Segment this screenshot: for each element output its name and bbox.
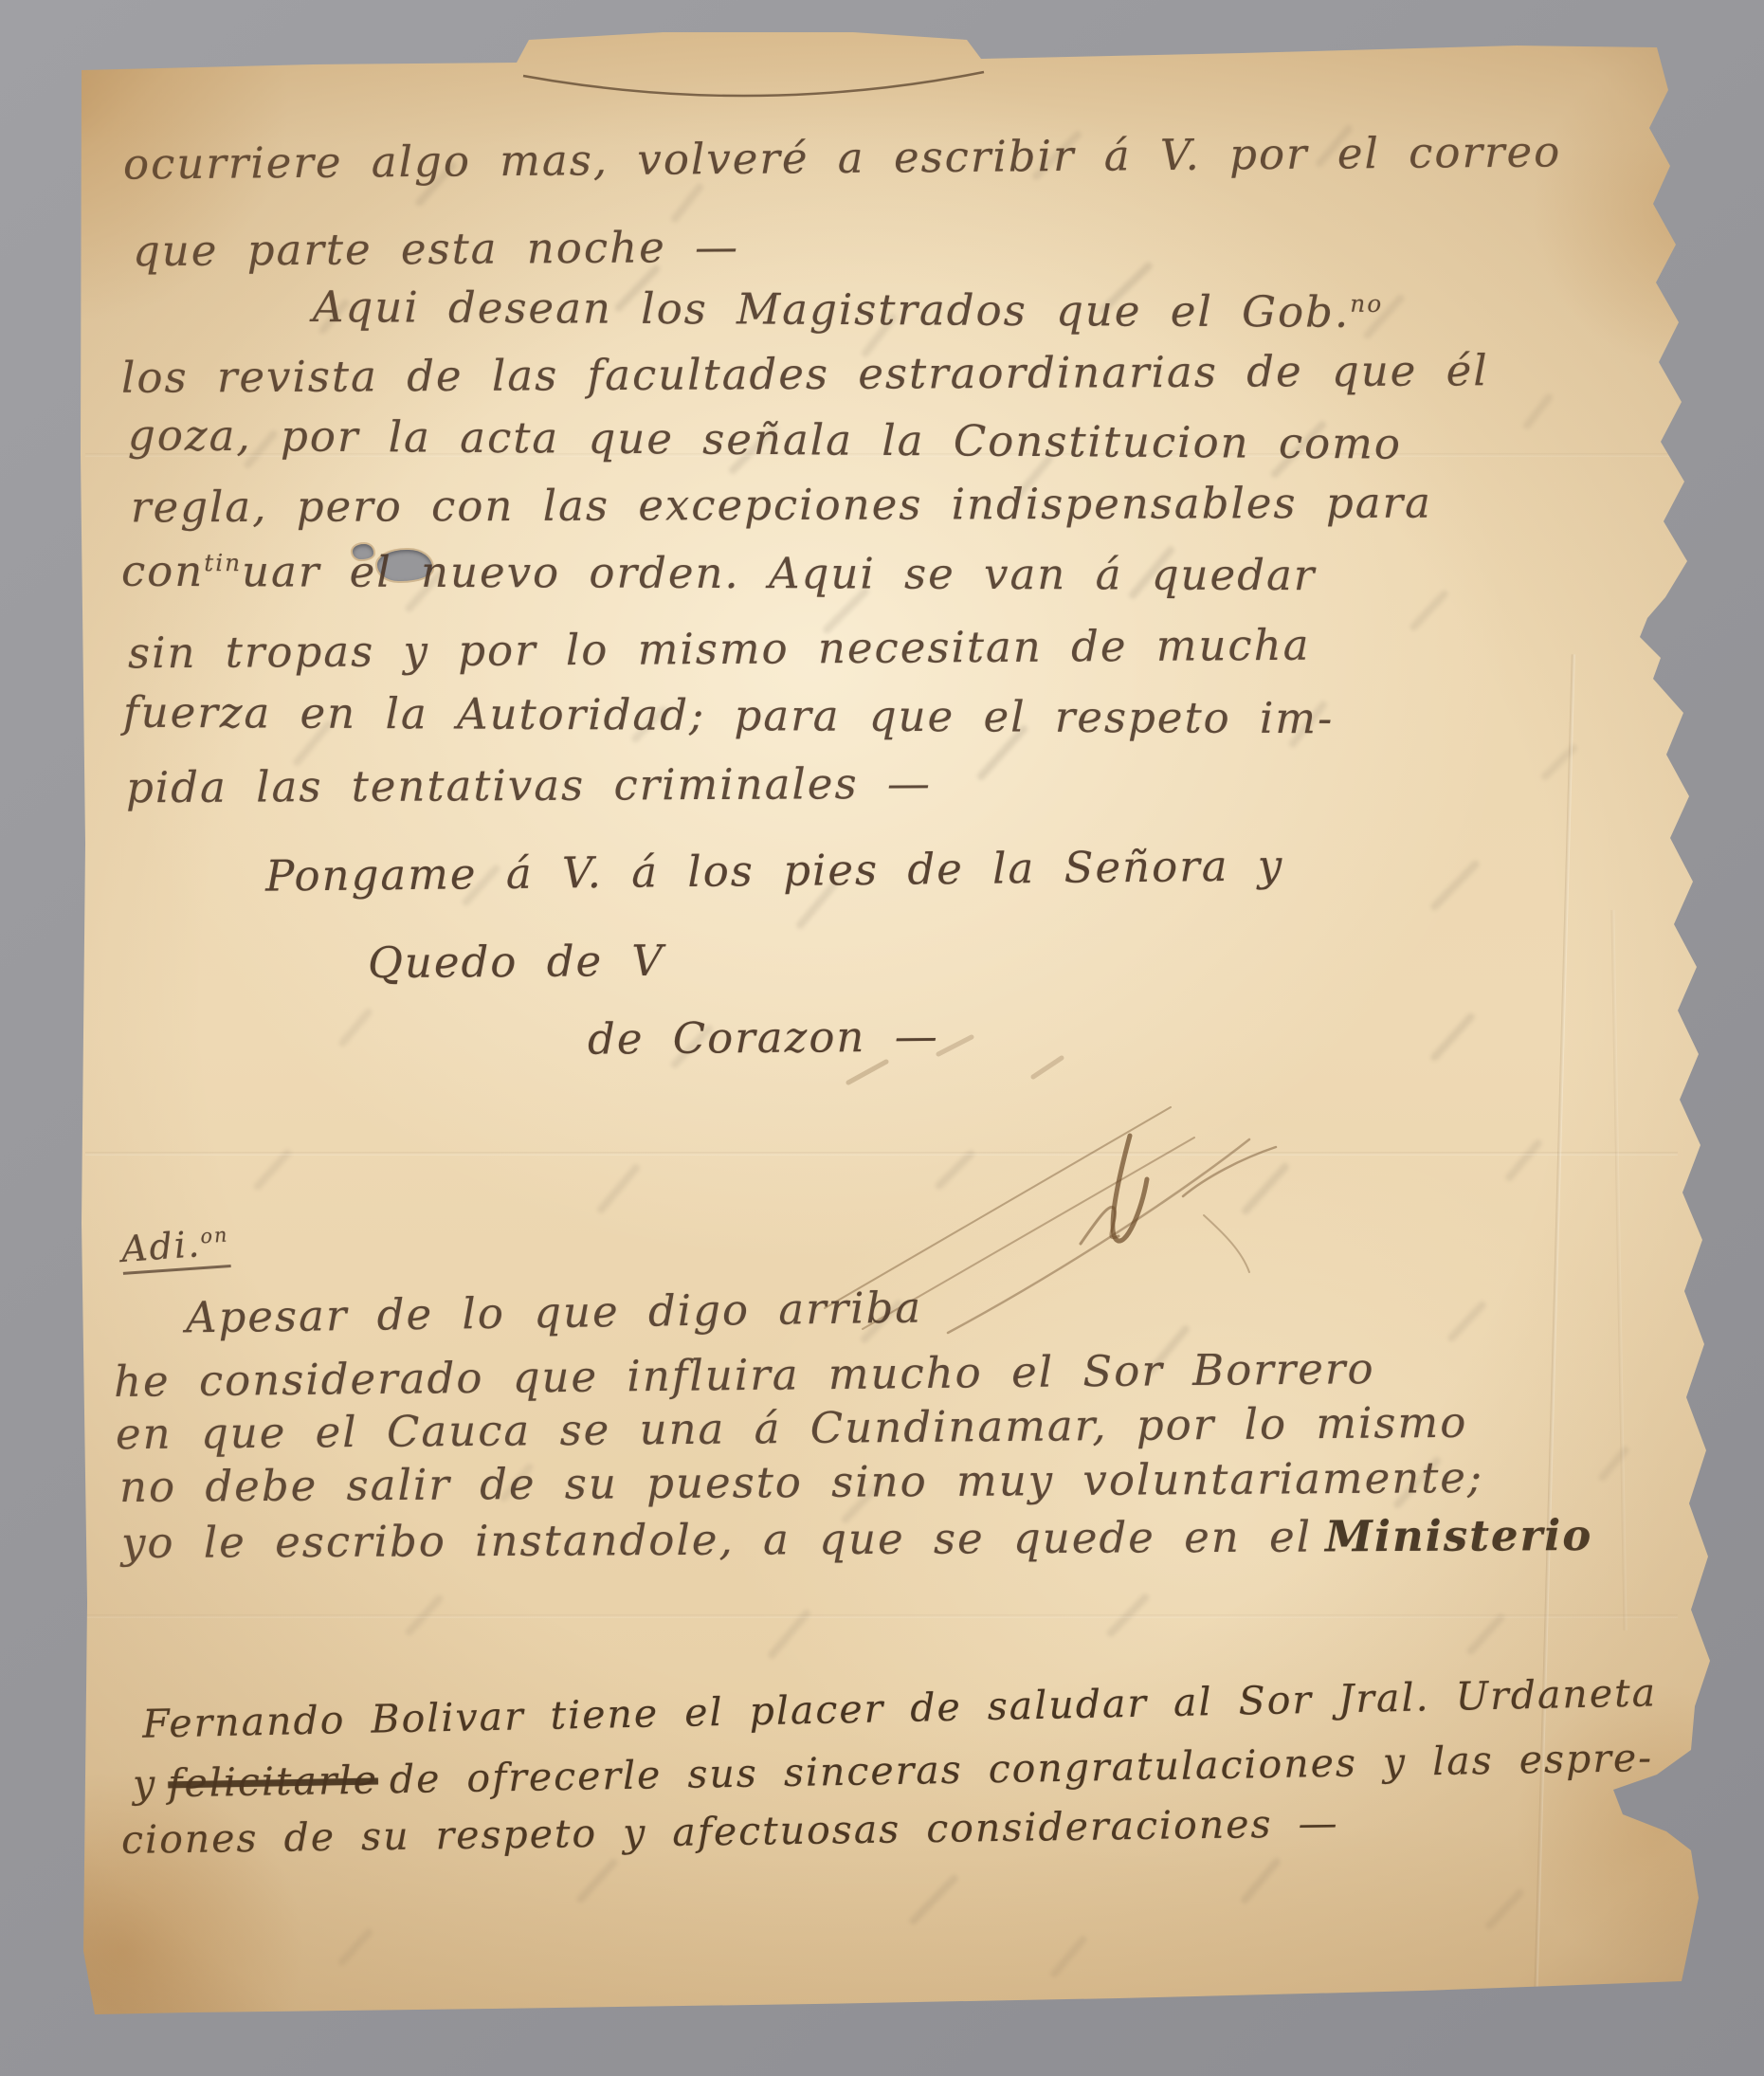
paper-edge-shading	[0, 0, 1764, 2076]
letter-photo: ocurriere algo mas, volveré a escribir á…	[0, 0, 1764, 2076]
paper-sheet: ocurriere algo mas, volveré a escribir á…	[0, 0, 1764, 2076]
